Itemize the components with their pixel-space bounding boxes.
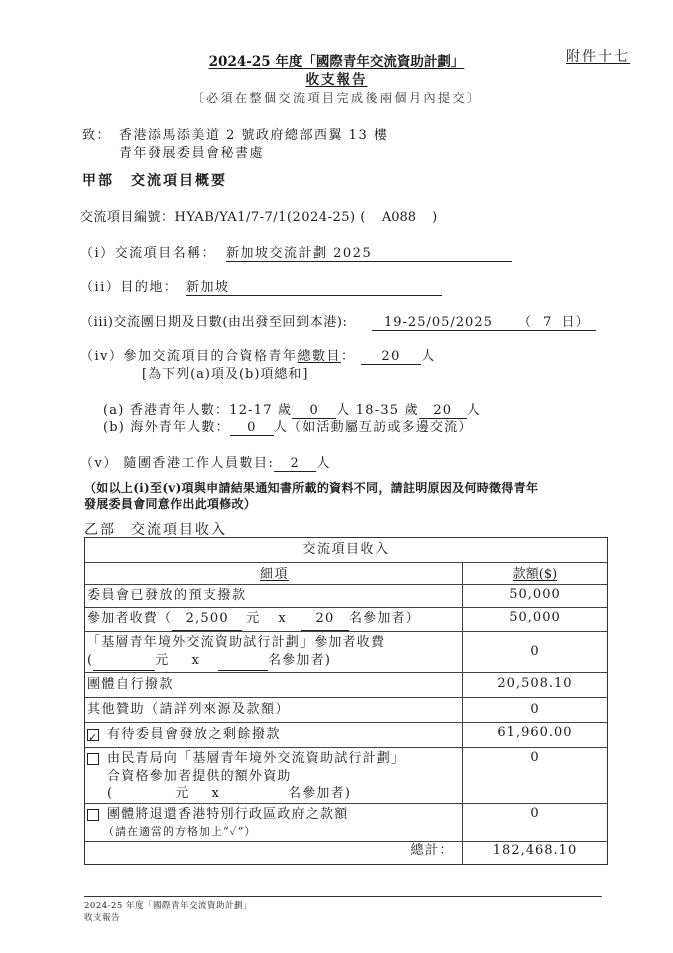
recipient-label: 致： xyxy=(82,124,111,143)
trip-days-value: 7 xyxy=(543,315,552,330)
table-row: 其他贊助（請詳列來源及款額） 0 xyxy=(85,697,607,722)
row-amount: 0 xyxy=(462,804,607,841)
additional-subsidy-checkbox[interactable] xyxy=(87,753,99,765)
table-row: 「基層青年境外交流資助試行計劃」參加者收費 ( 元x 名參加者) 0 xyxy=(85,631,607,672)
part-a-title: 交流項目概要 xyxy=(131,170,227,190)
item-i-label: （i）交流項目名稱： xyxy=(80,242,216,261)
total-label: 總計： xyxy=(85,842,462,865)
income-table: 交流項目收入 細項 款額($) 委員會已發放的預支撥款 50,000 參加者收費… xyxy=(84,537,608,865)
project-number-value: A088 xyxy=(370,210,428,225)
row-item: 「基層青年境外交流資助試行計劃」參加者收費 ( 元x 名參加者) xyxy=(85,632,462,672)
document-title: 2024-25 年度「國際青年交流資助計劃」 xyxy=(0,50,673,70)
item-ii-label: （ii）目的地： xyxy=(80,276,178,295)
row-amount: 0 xyxy=(462,632,607,672)
participant-count: 20 xyxy=(301,608,349,631)
recipient-address: 香港添馬添美道 2 號政府總部西翼 13 樓 xyxy=(119,124,388,143)
refund-checkbox[interactable] xyxy=(87,809,99,821)
table-row: 有待委員會發放之剩餘撥款 61,960.00 xyxy=(85,722,607,747)
row-amount: 0 xyxy=(462,748,607,803)
trip-dates-value: 19-25/05/2025 xyxy=(384,315,493,330)
remark-line-1: （如以上(i)至(v)項與申請結果通知書所載的資料不同，請註明原因及何時徵得青年 xyxy=(84,479,538,496)
row-item: 團體將退還香港特別行政區政府之款額 （請在適當的方格加上“✓”） xyxy=(85,804,462,841)
item-v: （v） 隨團香港工作人員數目:2人 xyxy=(80,452,331,472)
submission-note: 〔必須在整個交流項目完成後兩個月內提交〕 xyxy=(0,89,673,106)
table-row: 由民青局向「基層青年境外交流資助試行計劃」 合資格參加者提供的額外資助 ( 元x… xyxy=(85,747,607,803)
remaining-grant-checkbox[interactable] xyxy=(87,729,99,741)
row-item: 有待委員會發放之剩餘撥款 xyxy=(85,723,462,747)
total-amount: 182,468.10 xyxy=(462,842,607,865)
row-item: 委員會已發放的預支撥款 xyxy=(85,585,462,607)
item-iii-label: （iii)交流團日期及日數(由出發至回到本港): xyxy=(80,311,347,330)
row-amount: 0 xyxy=(462,698,607,722)
table-header-row: 細項 款額($) xyxy=(85,562,607,584)
row-amount: 50,000 xyxy=(462,608,607,631)
part-a-label: 甲部 xyxy=(82,170,114,190)
row-amount: 61,960.00 xyxy=(462,723,607,747)
row-item: 團體自行撥款 xyxy=(85,673,462,697)
destination-value: 新加坡 xyxy=(186,276,442,296)
item-iv: （iv）參加交流項目的合資格青年總數目： 20人 xyxy=(80,345,436,365)
document-subtitle: 收支報告 xyxy=(0,68,673,88)
table-row: 團體自行撥款 20,508.10 xyxy=(85,672,607,697)
column-header-item: 細項 xyxy=(260,567,289,582)
table-row: 委員會已發放的預支撥款 50,000 xyxy=(85,584,607,607)
footer-subtitle: 收支報告 xyxy=(84,911,120,923)
table-title: 交流項目收入 xyxy=(302,542,389,557)
overseas-youth: 0 xyxy=(230,420,274,436)
project-number: 交流項目編號：HYAB/YA1/7-7/1(2024-25) ( A088 ) xyxy=(80,206,437,225)
item-b: (b) 海外青年人數：0人（如活動屬互訪或多邊交流） xyxy=(103,416,473,436)
participant-fee: 2,500 xyxy=(172,608,242,631)
trip-dates: 19-25/05/2025 （ 7 日） xyxy=(372,311,596,331)
table-row: 參加者收費（2,500元x20名參加者） 50,000 xyxy=(85,607,607,631)
table-row: 團體將退還香港特別行政區政府之款額 （請在適當的方格加上“✓”） 0 xyxy=(85,803,607,841)
footer-divider xyxy=(84,896,602,897)
part-b-label: 乙部 xyxy=(84,519,116,539)
table-total-row: 總計： 182,468.10 xyxy=(85,841,607,865)
row-amount: 20,508.10 xyxy=(462,673,607,697)
row-item: 參加者收費（2,500元x20名參加者） xyxy=(85,608,462,631)
row-item: 由民青局向「基層青年境外交流資助試行計劃」 合資格參加者提供的額外資助 ( 元x… xyxy=(85,748,462,803)
part-b-title: 交流項目收入 xyxy=(131,519,227,539)
column-header-amount: 款額($) xyxy=(513,567,557,582)
row-item: 其他贊助（請詳列來源及款額） xyxy=(85,698,462,722)
recipient-office: 青年發展委員會秘書處 xyxy=(119,142,264,161)
hk-staff-count: 2 xyxy=(274,456,316,472)
project-name-value: 新加坡交流計劃 2025 xyxy=(226,242,512,262)
eligible-youth-total: 20 xyxy=(361,349,421,365)
footer-title: 2024-25 年度「國際青年交流資助計劃」 xyxy=(84,899,252,911)
remark-line-2: 發展委員會同意作出此項修改） xyxy=(84,495,256,512)
row-amount: 50,000 xyxy=(462,585,607,607)
table-title-row: 交流項目收入 xyxy=(85,538,607,562)
item-iv-note: [為下列(a)項及(b)項總和] xyxy=(142,363,309,382)
